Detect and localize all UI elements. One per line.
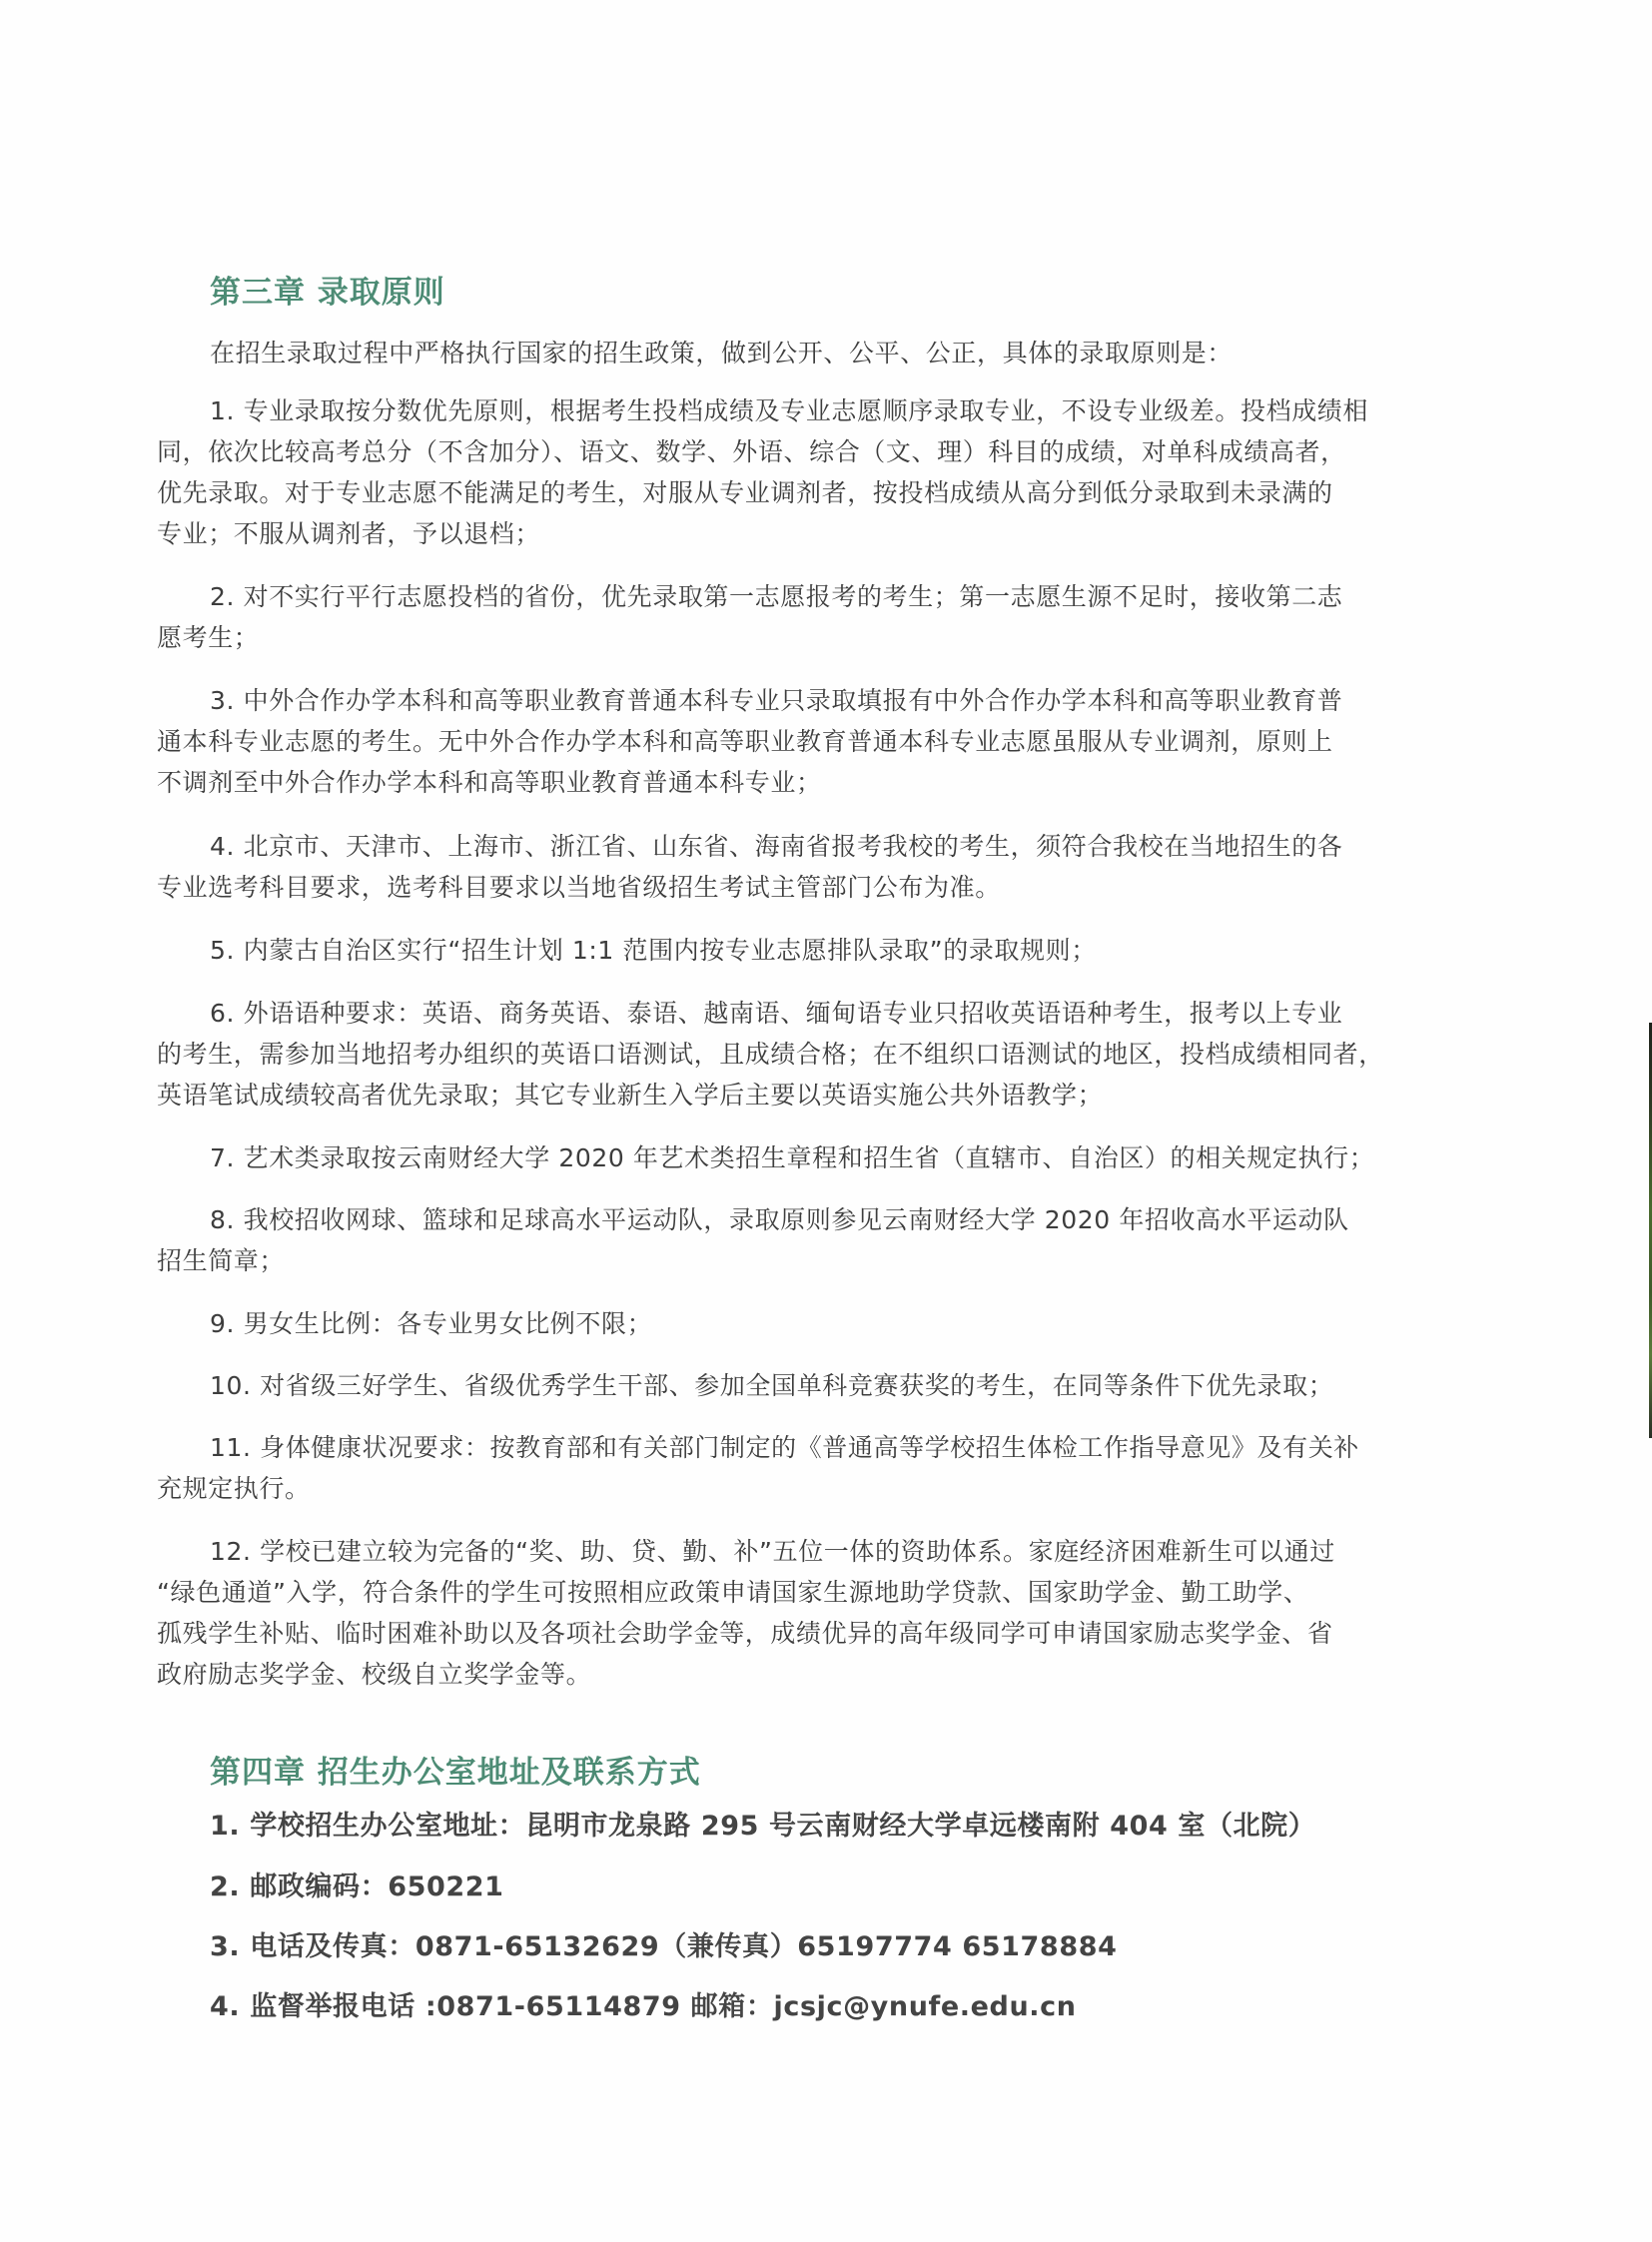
rule-item-1-line-4: 专业；不服从调剂者，予以退档； [157,513,540,554]
rule-item-12-line-2: “绿色通道”入学，符合条件的学生可按照相应政策申请国家生源地助学贷款、国家助学金… [157,1572,1309,1613]
rule-item-3-line-3: 不调剂至中外合作办学本科和高等职业教育普通本科专业； [157,762,822,803]
chapter-4-heading: 第四章 招生办公室地址及联系方式 [210,1753,701,1793]
rule-item-1-line-2: 同，依次比较高考总分（不含加分）、语文、数学、外语、综合（文、理）科目的成绩，对… [157,431,1346,472]
contact-phone-fax: 3. 电话及传真：0871-65132629（兼传真）65197774 6517… [210,1927,1117,1967]
rule-item-1-line-1: 1. 专业录取按分数优先原则，根据考生投档成绩及专业志愿顺序录取专业，不设专业级… [210,390,1368,431]
chapter-3-intro: 在招生录取过程中严格执行国家的招生政策，做到公开、公平、公正，具体的录取原则是： [210,333,1233,374]
contact-address: 1. 学校招生办公室地址：昆明市龙泉路 295 号云南财经大学卓远楼南附 404… [210,1807,1315,1847]
rule-item-12-line-3: 孤残学生补贴、临时困难补助以及各项社会助学金等，成绩优异的高年级同学可申请国家励… [157,1613,1333,1654]
rule-item-6-line-1: 6. 外语语种要求：英语、商务英语、泰语、越南语、缅甸语专业只招收英语语种考生，… [210,993,1342,1034]
contact-supervision-email: 4. 监督举报电话 :0871-65114879 邮箱：jcsjc@ynufe.… [210,1987,1077,2027]
rule-item-2-line-2: 愿考生； [157,617,259,658]
rule-item-11-line-2: 充规定执行。 [157,1468,311,1509]
rule-item-9-line-1: 9. 男女生比例：各专业男女比例不限； [210,1303,652,1344]
rule-item-12-line-1: 12. 学校已建立较为完备的“奖、助、贷、勤、补”五位一体的资助体系。家庭经济困… [210,1531,1335,1572]
rule-item-5-line-1: 5. 内蒙古自治区实行“招生计划 1:1 范围内按专业志愿排队录取”的录取规则； [210,930,1097,971]
rule-item-3-line-2: 通本科专业志愿的考生。无中外合作办学本科和高等职业教育普通本科专业志愿虽服从专业… [157,721,1333,762]
rule-item-6-line-3: 英语笔试成绩较高者优先录取；其它专业新生入学后主要以英语实施公共外语教学； [157,1075,1103,1116]
rule-item-10-line-1: 10. 对省级三好学生、省级优秀学生干部、参加全国单科竞赛获奖的考生，在同等条件… [210,1365,1333,1406]
contact-postal-code: 2. 邮政编码：650221 [210,1868,504,1907]
document-page: 第三章 录取原则 在招生录取过程中严格执行国家的招生政策，做到公开、公平、公正，… [0,0,1652,2242]
rule-item-8-line-1: 8. 我校招收网球、篮球和足球高水平运动队，录取原则参见云南财经大学 2020 … [210,1199,1349,1240]
rule-item-8-line-2: 招生简章； [157,1240,285,1281]
rule-item-3-line-1: 3. 中外合作办学本科和高等职业教育普通本科专业只录取填报有中外合作办学本科和高… [210,680,1342,721]
rule-item-4-line-1: 4. 北京市、天津市、上海市、浙江省、山东省、海南省报考我校的考生，须符合我校在… [210,826,1342,867]
rule-item-7-line-1: 7. 艺术类录取按云南财经大学 2020 年艺术类招生章程和招生省（直辖市、自治… [210,1137,1374,1178]
rule-item-12-line-4: 政府励志奖学金、校级自立奖学金等。 [157,1654,591,1695]
rule-item-4-line-2: 专业选考科目要求，选考科目要求以当地省级招生考试主管部门公布为准。 [157,867,1001,908]
rule-item-2-line-1: 2. 对不实行平行志愿投档的省份，优先录取第一志愿报考的考生；第一志愿生源不足时… [210,576,1342,617]
rule-item-1-line-3: 优先录取。对于专业志愿不能满足的考生，对服从专业调剂者，按投档成绩从高分到低分录… [157,472,1333,513]
rule-item-11-line-1: 11. 身体健康状况要求：按教育部和有关部门制定的《普通高等学校招生体检工作指导… [210,1427,1359,1468]
rule-item-6-line-2: 的考生，需参加当地招考办组织的英语口语测试，且成绩合格；在不组织口语测试的地区，… [157,1034,1384,1075]
chapter-3-heading: 第三章 录取原则 [210,273,445,313]
